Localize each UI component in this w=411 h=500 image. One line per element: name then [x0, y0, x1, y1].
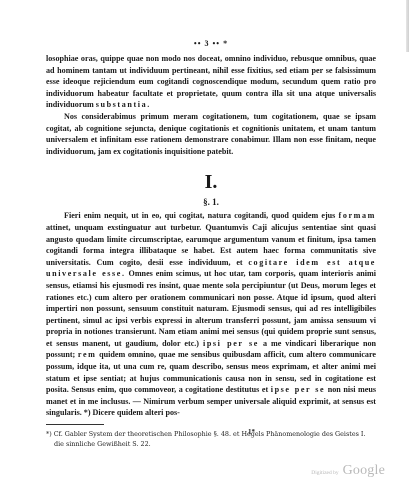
section-body: Fieri enim nequit, ut in eo, qui cogitat…: [46, 210, 376, 419]
signature-mark: 1*: [248, 428, 255, 436]
footnote: *) Cf. Gabler System der theoretischen P…: [46, 429, 376, 449]
section-text-1: Fieri enim nequit, ut in eo, qui cogitat…: [64, 211, 339, 220]
watermark-prefix: Digitized by: [311, 470, 338, 476]
book-page: •• 3 •• * losophiae oras, quippe quae no…: [46, 38, 376, 449]
emphasized-text: ipse per se: [271, 385, 325, 394]
running-head: •• 3 •• *: [46, 38, 376, 50]
google-logo: Google: [343, 463, 385, 478]
section-mark: §. 1.: [46, 196, 376, 208]
page-edge-shadow: [406, 0, 409, 52]
emphasized-text: formam: [339, 211, 376, 220]
section-text-3: Omnes enim scimus, ut hoc utar, tam corp…: [46, 269, 376, 348]
second-paragraph: Nos considerabimus primum meram cogitati…: [46, 111, 376, 157]
body-text: losophiae oras, quippe quae non modo nos…: [46, 53, 376, 157]
digitized-by-google-watermark: Digitized by Google: [311, 461, 385, 479]
section-paragraph: Fieri enim nequit, ut in eo, qui cogitat…: [46, 210, 376, 419]
opening-paragraph: losophiae oras, quippe quae non modo nos…: [46, 53, 376, 111]
emphasized-text: substantia.: [96, 100, 151, 109]
emphasized-text: rem: [78, 350, 97, 359]
emphasized-text: ipsi per se: [203, 339, 259, 348]
chapter-numeral: I.: [46, 171, 376, 193]
footnote-divider: [46, 424, 104, 425]
